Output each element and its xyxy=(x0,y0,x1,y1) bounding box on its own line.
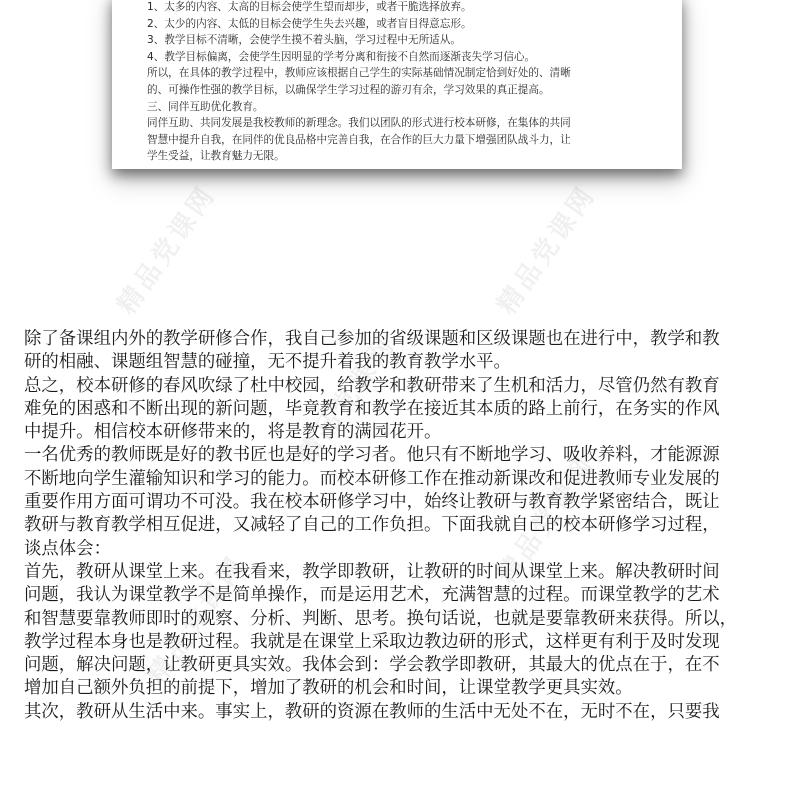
document-body: 除了备课组内外的教学研修合作，我自己参加的省级课题和区级课题也在进行中，教学和教… xyxy=(24,328,784,724)
preview-line: 所以，在具体的教学过程中，教师应该根据自己学生的实际基础情况制定恰到好处的、清晰 xyxy=(147,65,682,82)
document-preview-card: 1、太多的内容、太高的目标会使学生望而却步，或者干脆选择放弃。 2、太少的内容、… xyxy=(112,0,682,169)
body-line: 增加自己额外负担的前提下，增加了教研的机会和时间，让课堂教学更具实效。 xyxy=(24,677,784,700)
body-line: 总之，校本研修的春风吹绿了杜中校园，给教学和教研带来了生机和活力，尽管仍然有教育 xyxy=(24,375,784,398)
body-line: 中提升。相信校本研修带来的，将是教育的满园花开。 xyxy=(24,421,784,444)
body-line: 重要作用方面可谓功不可没。我在校本研修学习中，始终让教研与教育教学紧密结合，既让 xyxy=(24,491,784,514)
body-line: 教研与教育教学相互促进，又减轻了自己的工作负担。下面我就自己的校本研修学习过程， xyxy=(24,514,784,537)
preview-line: 1、太多的内容、太高的目标会使学生望而却步，或者干脆选择放弃。 xyxy=(147,0,682,16)
watermark: 精品党课网 xyxy=(487,176,603,320)
preview-line: 学生受益，让教育魅力无限。 xyxy=(147,148,682,165)
preview-section-heading: 三、同伴互助优化教育。 xyxy=(147,99,682,116)
preview-line: 4、教学目标偏离，会使学生因明显的学考分离和衔接不自然而逐渐丧失学习信心。 xyxy=(147,49,682,66)
body-line: 研的相融、课题组智慧的碰撞，无不提升着我的教育教学水平。 xyxy=(24,351,784,374)
body-line: 和智慧要靠教师即时的观察、分析、判断、思考。换句话说，也就是要靠教研来获得。所以… xyxy=(24,608,784,631)
preview-line: 的、可操作性强的教学目标，以确保学生学习过程的游刃有余，学习效果的真正提高。 xyxy=(147,82,682,99)
body-line: 问题，解决问题，让教研更具实效。我体会到：学会教学即教研，其最大的优点在于，在不 xyxy=(24,654,784,677)
body-line: 首先，教研从课堂上来。在我看来，教学即教研，让教研的时间从课堂上来。解决教研时间 xyxy=(24,561,784,584)
body-line: 除了备课组内外的教学研修合作，我自己参加的省级课题和区级课题也在进行中，教学和教 xyxy=(24,328,784,351)
body-line: 一名优秀的教师既是好的教书匠也是好的学习者。他只有不断地学习、吸收养料，才能源源 xyxy=(24,444,784,467)
body-line: 问题，我认为课堂教学不是简单操作，而是运用艺术，充满智慧的过程。而课堂教学的艺术 xyxy=(24,584,784,607)
watermark: 精品党课网 xyxy=(107,176,223,320)
preview-line: 2、太少的内容、太低的目标会使学生失去兴趣，或者盲目得意忘形。 xyxy=(147,16,682,33)
body-line: 谈点体会： xyxy=(24,538,784,561)
preview-line: 3、教学目标不清晰，会使学生摸不着头脑，学习过程中无所适从。 xyxy=(147,32,682,49)
body-line: 难免的困惑和不断出现的新问题，毕竟教育和教学在接近其本质的路上前行，在务实的作风 xyxy=(24,398,784,421)
body-line: 不断地向学生灌输知识和学习的能力。而校本研修工作在推动新课改和促进教师专业发展的 xyxy=(24,468,784,491)
body-line: 教学过程本身也是教研过程。我就是在课堂上采取边教边研的形式，这样更有利于及时发现 xyxy=(24,631,784,654)
preview-line: 同伴互助、共同发展是我校教师的新理念。我们以团队的形式进行校本研修，在集体的共同 xyxy=(147,115,682,132)
preview-line: 智慧中提升自我，在同伴的优良品格中完善自我，在合作的巨大力量下增强团队战斗力，让 xyxy=(147,132,682,149)
body-line: 其次，教研从生活中来。事实上，教研的资源在教师的生活中无处不在，无时不在，只要我 xyxy=(24,701,784,724)
